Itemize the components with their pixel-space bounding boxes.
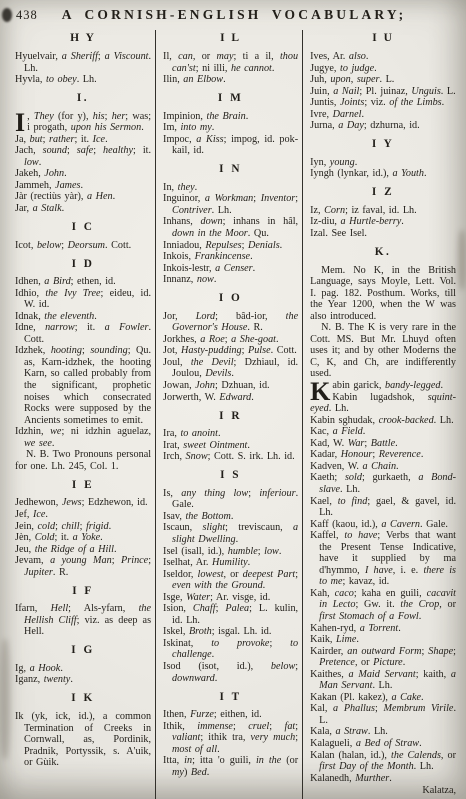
- dictionary-entry: Kad, W. War; Battle.: [310, 438, 456, 450]
- dictionary-entry: Ik (yk, ick, id.), a common Termination …: [15, 711, 151, 769]
- dictionary-entry: Inkois-lestr, a Censer.: [163, 263, 298, 275]
- section-heading: I O: [163, 293, 298, 305]
- dictionary-entry: Idhen, a Bird; ethen, id.: [15, 276, 151, 288]
- dictionary-entry: Ithen, Furze; eithen, id.: [163, 709, 298, 721]
- dictionary-entry: Kabin sghudak, crook-backed. Lh.: [310, 415, 456, 427]
- dictionary-columns: H YHyuelvair, a Sheriff; a Viscount. Lh.…: [8, 30, 460, 799]
- dictionary-entry: Kael, to find; gael, & gavel, id. Lh.: [310, 496, 456, 519]
- dictionary-entry: N. B. The K is very rare in the Cott. MS…: [310, 322, 456, 380]
- section-heading: I N: [163, 164, 298, 176]
- dictionary-entry: Kaeth; sold; gurkaeth, a Bond-slave. Lh.: [310, 472, 456, 495]
- dictionary-entry: Iyn, young.: [310, 157, 456, 169]
- dictionary-entry: Kac, a Field.: [310, 426, 456, 438]
- dictionary-entry: Idhio, the Ivy Tree; eideu, id. W. id.: [15, 288, 151, 311]
- dictionary-entry: Juh, upon, super. L.: [310, 74, 456, 86]
- section-heading: I C: [15, 222, 151, 234]
- dictionary-entry: Kaithes, a Maid Servant; kaith, a Man Se…: [310, 669, 456, 692]
- dictionary-entry: Ilin, an Elbow.: [163, 74, 298, 86]
- section-heading: I S: [163, 470, 298, 482]
- dictionary-entry: Jowan, John; Dzhuan, id.: [163, 380, 298, 392]
- dictionary-entry: Iscaun, slight; treviscaun, a slight Dwe…: [163, 522, 298, 545]
- dictionary-entry: Idzhek, hooting; sounding; Qu. as, Karn-…: [15, 345, 151, 426]
- dictionary-entry: Ja, but; rather; it. Ice.: [15, 134, 151, 146]
- page-header: 438 A CORNISH-ENGLISH VOCABULARY;: [8, 6, 460, 28]
- page-title: A CORNISH-ENGLISH VOCABULARY;: [62, 7, 407, 22]
- section-heading: I F: [15, 586, 151, 598]
- dictionary-entry: Ivre, Darnel.: [310, 109, 456, 121]
- dictionary-entry: Isge, Water; Ar. visge, id.: [163, 592, 298, 604]
- drop-cap-letter: K: [310, 380, 332, 402]
- dictionary-entry: Impinion, the Brain.: [163, 111, 298, 123]
- dictionary-entry: Jedhewon, Jews; Edzhewon, id.: [15, 497, 151, 509]
- dictionary-entry: Kaik, Lime.: [310, 634, 456, 646]
- dictionary-entry: Jammeh, James.: [15, 180, 151, 192]
- section-heading: I E: [15, 480, 151, 492]
- column-hy: H YHyuelvair, a Sheriff; a Viscount. Lh.…: [8, 30, 155, 799]
- dictionary-entry: Iz-diu, a Hurtle-berry.: [310, 216, 456, 228]
- dictionary-entry: Jàr (rectiùs yàr), a Hen.: [15, 191, 151, 203]
- dictionary-entry: Iskinat, to provoke; to challenge.: [163, 638, 298, 661]
- dictionary-entry: Kadar, Honour; Reverence.: [310, 449, 456, 461]
- section-heading: I R: [163, 411, 298, 423]
- column-iu: I UIves, Ar. also.Jugye, to judge.Juh, u…: [303, 30, 460, 799]
- column-running-head: I U: [310, 30, 456, 51]
- dictionary-entry: Iskel, Broth; isgal. Lh. id.: [163, 626, 298, 638]
- dictionary-entry: Izal. See Isel.: [310, 228, 456, 240]
- dictionary-entry: Jor, Lord; bâd-ior, the Governor's House…: [163, 311, 298, 334]
- dictionary-entry: Ives, Ar. also.: [310, 51, 456, 63]
- dictionary-entry: Joul, the Devil; Dzhiaul, id. Joulou, De…: [163, 357, 298, 380]
- column-running-head: I L: [163, 30, 298, 51]
- dictionary-entry: Irat, sweet Ointment.: [163, 440, 298, 452]
- dictionary-entry: Ithik, immense; cruel; fat; valiant; ith…: [163, 721, 298, 756]
- dictionary-entry: Jakeh, John.: [15, 168, 151, 180]
- dictionary-entry: Kadven, W. a Chain.: [310, 461, 456, 473]
- book-page: 438 A CORNISH-ENGLISH VOCABULARY; H YHyu…: [0, 0, 466, 799]
- dictionary-entry: Kaff (kaou, id.), a Cavern. Gale.: [310, 519, 456, 531]
- dictionary-entry: Ifarn, Hell; Als-yfarn, the Hellish Clif…: [15, 603, 151, 638]
- dictionary-entry: Inhans, down; inhans in hâl, down in the…: [163, 216, 298, 239]
- dictionary-entry: Jeu, the Ridge of a Hill.: [15, 544, 151, 556]
- dictionary-entry: Idzhin, we; ni idzhin aguelaz, we see.: [15, 426, 151, 449]
- dictionary-entry: Is, any thing low; inferiour. Gale.: [163, 488, 298, 511]
- dictionary-entry: Jein, cold; chill; frigid.: [15, 521, 151, 533]
- dictionary-entry: Iganz, twenty.: [15, 674, 151, 686]
- section-heading: I D: [15, 259, 151, 271]
- dictionary-entry: Jef, Ice.: [15, 509, 151, 521]
- dictionary-entry: Kalan (halan, id.), the Calends, or firs…: [310, 750, 456, 773]
- dictionary-entry: Ig, a Hook.: [15, 663, 151, 675]
- dictionary-entry: Jugye, to judge.: [310, 63, 456, 75]
- dictionary-entry: Jot, Hasty-pudding; Pulse. Cott.: [163, 345, 298, 357]
- column-running-head: H Y: [15, 30, 151, 51]
- section-heading: K.: [310, 247, 456, 259]
- dictionary-entry: Iselhat, Ar. Humility.: [163, 557, 298, 569]
- section-heading: I G: [15, 645, 151, 657]
- dictionary-entry: Kalanedh, Murther.: [310, 773, 456, 785]
- section-heading: I Y: [310, 139, 456, 151]
- section-heading: I M: [163, 93, 298, 105]
- dictionary-entry: Ision, Chaff; Palea; L. kulin, id. Lh.: [163, 603, 298, 626]
- dictionary-entry: Inniadou, Repulses; Denials.: [163, 240, 298, 252]
- section-heading: I Z: [310, 187, 456, 199]
- dictionary-entry: Kala, a Straw. Lh.: [310, 726, 456, 738]
- dictionary-entry: Kairder, an outward Form; Shape; Pretenc…: [310, 646, 456, 669]
- dictionary-entry: Juntis, Joints; viz. of the Limbs.: [310, 97, 456, 109]
- dictionary-entry: Hyvla, to obey. Lh.: [15, 74, 151, 86]
- dictionary-entry: Impoc, a Kiss; impog, id. pok-kail, id.: [163, 134, 298, 157]
- section-heading: I K: [15, 693, 151, 705]
- catchword: Kalatza,: [310, 785, 456, 797]
- dictionary-entry: Jar, a Stalk.: [15, 203, 151, 215]
- dictionary-entry: N. B. Two Pronouns personal for one. Lh.…: [15, 449, 151, 472]
- dictionary-entry: Kahen-ryd, a Torrent.: [310, 623, 456, 635]
- dictionary-entry: Juin, a Nail; Pl. juinaz, Unguis. L.: [310, 86, 456, 98]
- dictionary-entry: Kah, caco; kaha en guili, cacavit in Lec…: [310, 588, 456, 623]
- dictionary-entry: Idne, narrow; it. a Fowler. Cott.: [15, 322, 151, 345]
- dictionary-entry: Kaffel, to have; Verbs that want the Pre…: [310, 530, 456, 588]
- section-heading: I.: [15, 93, 151, 105]
- dictionary-entry: Ira, to anoint.: [163, 428, 298, 440]
- dictionary-entry: Jevam, a young Man; Prince; Jupiter. R.: [15, 555, 151, 578]
- dictionary-entry: Idnak, the eleventh.: [15, 311, 151, 323]
- dictionary-entry: Jurna, a Day; dzhurna, id.: [310, 120, 456, 132]
- dictionary-entry: Innanz, now.: [163, 274, 298, 286]
- dictionary-entry: Il, can, or may; ti a il, thou can'st; n…: [163, 51, 298, 74]
- dictionary-entry: Isel (isall, id.), humble; low.: [163, 546, 298, 558]
- dictionary-entry: Kal, a Phallus; Membrum Virile. L.: [310, 703, 456, 726]
- dictionary-entry: Isav, the Bottom.: [163, 511, 298, 523]
- dictionary-entry: I, They (for y), his; her; was; i progat…: [15, 111, 151, 134]
- dictionary-entry: Kakan (Pl. kakez), a Cake.: [310, 692, 456, 704]
- dictionary-entry: Icot, below; Deorsum. Cott.: [15, 240, 151, 252]
- dictionary-entry: In, they.: [163, 182, 298, 194]
- dictionary-entry: Iz, Corn; iz faval, id. Lh.: [310, 205, 456, 217]
- dictionary-entry: Kalagueli, a Bed of Straw.: [310, 738, 456, 750]
- page-number: 438: [16, 8, 38, 23]
- drop-cap-letter: I: [15, 111, 27, 133]
- dictionary-entry: Jorkhes, a Roe; a She-goat.: [163, 334, 298, 346]
- dictionary-entry: Jorwerth, W. Edward.: [163, 392, 298, 404]
- dictionary-entry: Isod (isot, id.), below; downward.: [163, 661, 298, 684]
- dictionary-entry: Mem. No K, in the British Language, says…: [310, 265, 456, 323]
- dictionary-entry: Inkois, Frankincense.: [163, 251, 298, 263]
- dictionary-entry: Hyuelvair, a Sheriff; a Viscount. Lh.: [15, 51, 151, 74]
- dictionary-entry: Iseldor, lowest, or deepest Part; even w…: [163, 569, 298, 592]
- dictionary-entry: Jach, sound; safe; healthy; it. low.: [15, 145, 151, 168]
- dictionary-entry: Im, into my.: [163, 122, 298, 134]
- dictionary-entry: Iyngh (lynkar, id.), a Youth.: [310, 168, 456, 180]
- dictionary-entry: Inguinor, a Workman; Inventor; Contriver…: [163, 193, 298, 216]
- dictionary-entry: Irch, Snow; Cott. S. irk. Lh. id.: [163, 451, 298, 463]
- dictionary-entry: Jèn, Cold; it. a Yoke.: [15, 532, 151, 544]
- section-heading: I T: [163, 692, 298, 704]
- dictionary-entry: Kabin garick, bandy-legged.Kabin lugadsh…: [310, 380, 456, 415]
- dictionary-entry: Itta, in; itta 'o guili, in the (or my) …: [163, 755, 298, 778]
- column-il: I LIl, can, or may; ti a il, thou can'st…: [155, 30, 303, 799]
